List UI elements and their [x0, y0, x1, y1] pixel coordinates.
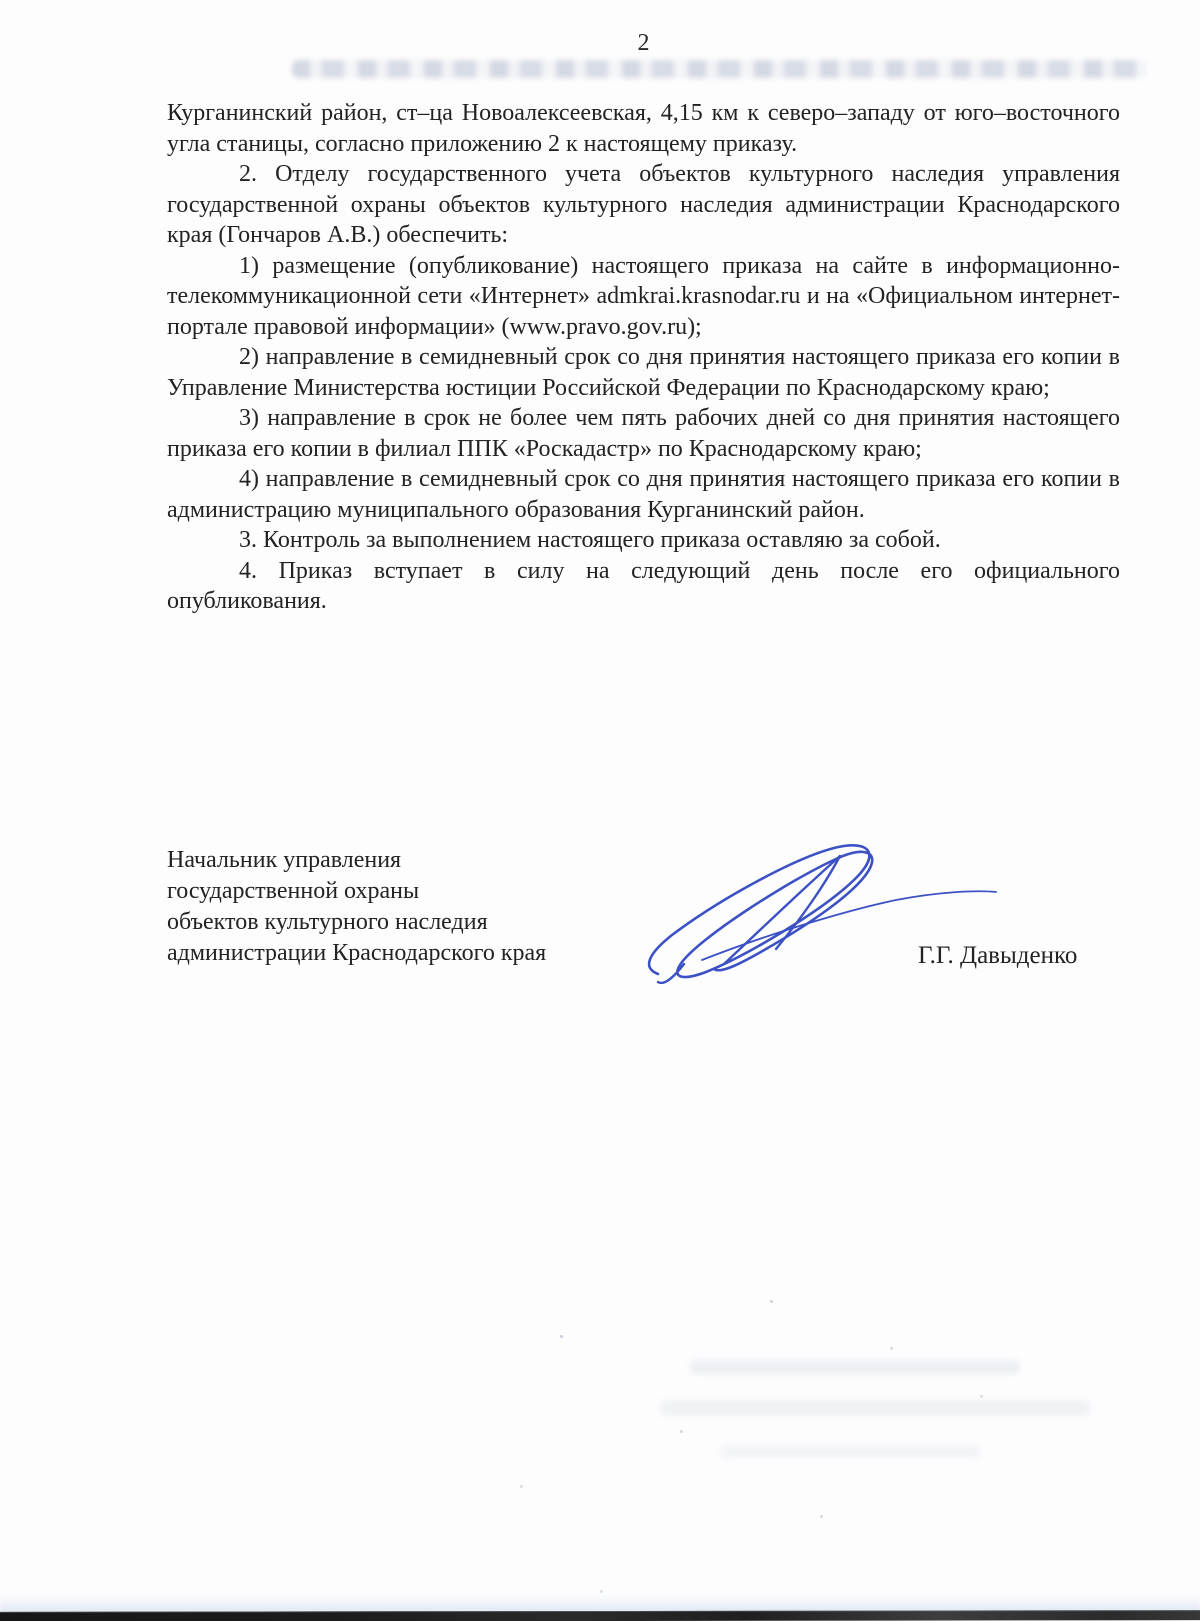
signer-position-line: государственной охраны [167, 876, 637, 907]
scan-edge-artifact [0, 1610, 1200, 1621]
paragraph: 3. Контроль за выполнением настоящего пр… [167, 525, 1120, 556]
paragraph: 3) направление в срок не более чем пять … [167, 403, 1120, 464]
scanned-document-page: 2 Курганинский район, ст–ца Новоалексеев… [0, 0, 1200, 1621]
scan-bleedthrough-band [292, 60, 1147, 78]
paragraph: 4) направление в семидневный срок со дня… [167, 464, 1120, 525]
signer-name: Г.Г. Давыденко [918, 942, 1077, 970]
signer-position-line: администрации Краснодарского края [167, 938, 637, 969]
paragraph: 2. Отделу государственного учета объекто… [167, 159, 1120, 251]
scan-bleedthrough-artifact [690, 1360, 1020, 1374]
scan-bleedthrough-artifact [720, 1445, 980, 1458]
paragraph: 1) размещение (опубликование) настоящего… [167, 251, 1120, 343]
signer-position-line: Начальник управления [167, 845, 637, 876]
paragraph: 4. Приказ вступает в силу на следующий д… [167, 556, 1120, 617]
scan-bleedthrough-artifact [660, 1400, 1090, 1416]
signer-position-line: объектов культурного наследия [167, 907, 637, 938]
page-number: 2 [167, 30, 1120, 57]
document-body: Курганинский район, ст–ца Новоалексеевск… [167, 98, 1120, 617]
paragraph: Курганинский район, ст–ца Новоалексеевск… [167, 98, 1120, 159]
signature-block: Начальник управления государственной охр… [167, 845, 1167, 1025]
paragraph: 2) направление в семидневный срок со дня… [167, 342, 1120, 403]
scan-speck-artifacts [560, 1335, 563, 1338]
signer-position: Начальник управления государственной охр… [167, 845, 637, 969]
